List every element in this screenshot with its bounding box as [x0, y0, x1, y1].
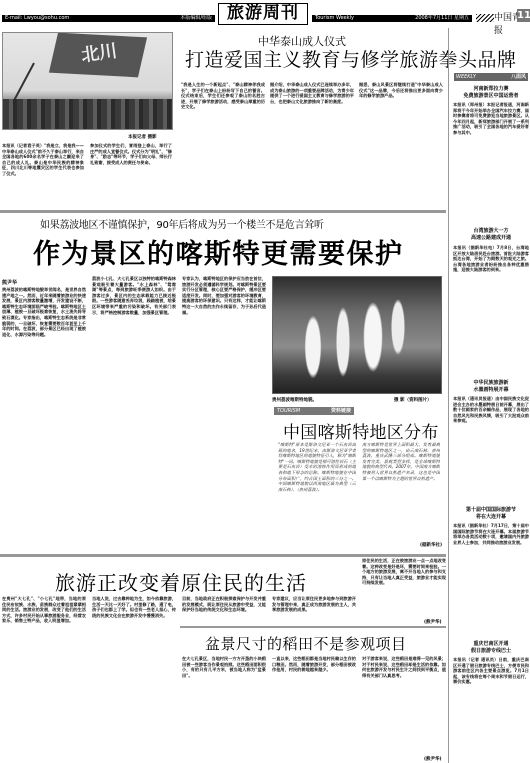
- sidebar-text: "喀斯特"原本是斯洛文尼亚一个石灰岩高原的地名，19世纪末，由斯洛文尼亚学者将喀…: [278, 442, 356, 542]
- article-text: 在贵州"大七孔"、"小七孔"地带，当地的原住民布依族、水族、苗族群众过着祖祖辈辈…: [2, 596, 86, 763]
- main-story-headline: 作为景区的喀斯特更需要保护: [33, 232, 404, 271]
- column-rule: [448, 28, 449, 763]
- section-title: 旅游周刊: [218, 3, 308, 25]
- residents-headline: 旅游正改变着原住民的生活: [55, 567, 307, 596]
- article-text: 在大七孔景区，当地村民一方方开垦的小块稻田被一些游客当作景观拍照。这些稻田面积很…: [182, 656, 266, 763]
- article-text: 据悉，泰山风景区将继续打造"中华泰山成人仪式"这一品牌，今后还将推出更多面向青少…: [359, 82, 443, 209]
- brief-text: 本报讯（据新华社电）7月8日，台湾地区开放大陆居民赴台旅游。首批大陆游客抵达台湾…: [453, 245, 529, 327]
- end-tag: (据新华社): [420, 542, 442, 548]
- photo-credit: 本报记者 摄影: [128, 134, 157, 140]
- end-tag: (熊尹华): [424, 756, 442, 762]
- article-text: 对于游客来说，这些稻田是难得一见的风景；对于村民来说，这些稻田却是生活的依靠。如…: [362, 656, 446, 756]
- right-section-header: WEEKLY 八面风: [454, 73, 528, 81]
- rice-headline: 盆景尺寸的稻田不是参观项目: [205, 633, 407, 654]
- brief-headline: 河南新郑拉力赛 免费旅游景区中国运营者: [452, 86, 530, 100]
- article-text: "我是人生的一个新起点"、"泰山精神伴我成长"，学子们在泰山上纷纷写下自己的誓言…: [181, 82, 265, 209]
- page-number: 11: [517, 9, 530, 22]
- article-text: 专家建议，应当让原住民更多地参与到旅游开发与管理中来，真正成为旅游发展的主人，共…: [272, 596, 356, 618]
- masthead-left-bar: E-mail: Lwyou@sohu.com 本版编辑/组版: [2, 15, 215, 22]
- brief-text: 本报讯（记者 通讯员）日前，重庆巴南区开通了假日旅游专线巴士，方便市民和游客前往…: [453, 657, 529, 762]
- end-tag: (熊尹华): [424, 619, 442, 625]
- section-divider: [180, 626, 446, 628]
- brief-headline: 中华民族旅游新 水墨画特展开幕: [452, 380, 530, 394]
- flag-text: 北川: [79, 37, 118, 68]
- article-text: 荔波小七孔、大七孔景区以独特的喀斯特森林景观吸引着大量游客。"水上森林"、"鸳鸯…: [92, 276, 176, 552]
- main-story-byline: 熊尹华: [2, 279, 17, 286]
- sidebar-headline: 中国喀斯特地区分布: [283, 418, 439, 443]
- article-text: 贵州荔波的喀斯特地貌举世闻名，是世界自然遗产地之一。然而，近年来随着旅游业的快速…: [2, 287, 86, 552]
- article-text: 当地人说，过去靠种地为生，如今依靠旅游，生活一天比一天好了。村里修了路，通了电，…: [92, 596, 176, 763]
- brief-text: 本报讯（据新华社）7月17日，第十届中国国际旅游节将在大连开幕。本届旅游节将举办…: [453, 523, 529, 619]
- article-text: 专家认为，喀斯特地区的保护应当放在首位，旅游开发必须遵循科学规划。对喀斯特景区要…: [182, 276, 266, 552]
- brief-text: 本报讯（通讯员报道）由中国民族文化促进会主办的水墨画特展日前开幕，展出了数十位画…: [453, 396, 529, 456]
- masthead-english: Tourism Weekly: [315, 15, 354, 22]
- section-divider: [0, 210, 446, 213]
- brief-headline: 台湾旅游大一方 高速公路建成开通: [452, 228, 530, 242]
- top-story-headline: 打造爱国主义教育与修学旅游拳头品牌: [185, 45, 517, 72]
- masthead-date: 2008年7月11日 星期五: [415, 15, 469, 22]
- photo-caption: 贵州荔波喀斯特地貌。: [272, 397, 317, 403]
- main-story-kicker: 如果荔波地区不谨慎保护，90年后将成为另一个楼兰不是危言耸听: [40, 216, 324, 231]
- sidebar-section-tag: TOURISM 资料链接: [274, 407, 354, 415]
- hatch-decoration: [476, 14, 494, 22]
- masthead-editor: 本版编辑/组版: [180, 15, 212, 22]
- section-divider: [0, 554, 446, 557]
- masthead-email: E-mail: Lwyou@sohu.com: [5, 15, 69, 22]
- flag-photo: 北川: [2, 32, 173, 130]
- sidebar-text: 南方喀斯特是世界上面积最大、发育最典型的喀斯特地区之一，由云南石林、贵州荔波、重…: [362, 442, 440, 538]
- brief-headline: 第十届中国国际旅游节 将在大连开幕: [452, 507, 530, 521]
- waterfall-photo: [272, 276, 442, 394]
- article-text: 一直以来，这些稻田都是当地村民赖以生存的口粮田。然而，随着旅游开发，部分稻田被改…: [272, 656, 356, 763]
- masthead-right-bar: Tourism Weekly 2008年7月11日 星期五: [312, 15, 472, 22]
- masthead: E-mail: Lwyou@sohu.com 本版编辑/组版 旅游周刊 Tour…: [0, 0, 530, 26]
- crowd: [3, 99, 172, 129]
- article-text: 目前，当地政府正在积极探索保护与开发并重的发展模式，既让原住民从旅游中受益，又能…: [182, 596, 266, 618]
- article-text: 参加仪式的学生们，冒雨登上泰山，举行了庄严的成人宣誓仪式。仪式分为"明礼"、"修…: [90, 143, 172, 213]
- article-text: 本报讯（记者袁子英）"我是立，我是我——中华泰山成人仪式"前不久于泰山举行，来自…: [2, 143, 84, 213]
- article-text: 据介绍，中华泰山成人仪式已连续举办多年，成为泰山旅游的一项重要品牌活动，为青少年…: [270, 82, 354, 209]
- article-text: 原住民的生活，正在被旅游业一点一点地改变着。这种改变是好是坏，需要时间来检验。一…: [362, 558, 446, 618]
- photo-credit: 摄 影（资料图片）: [394, 397, 432, 403]
- brief-headline: 重庆巴南区开通 假日旅游专线巴士: [452, 641, 530, 655]
